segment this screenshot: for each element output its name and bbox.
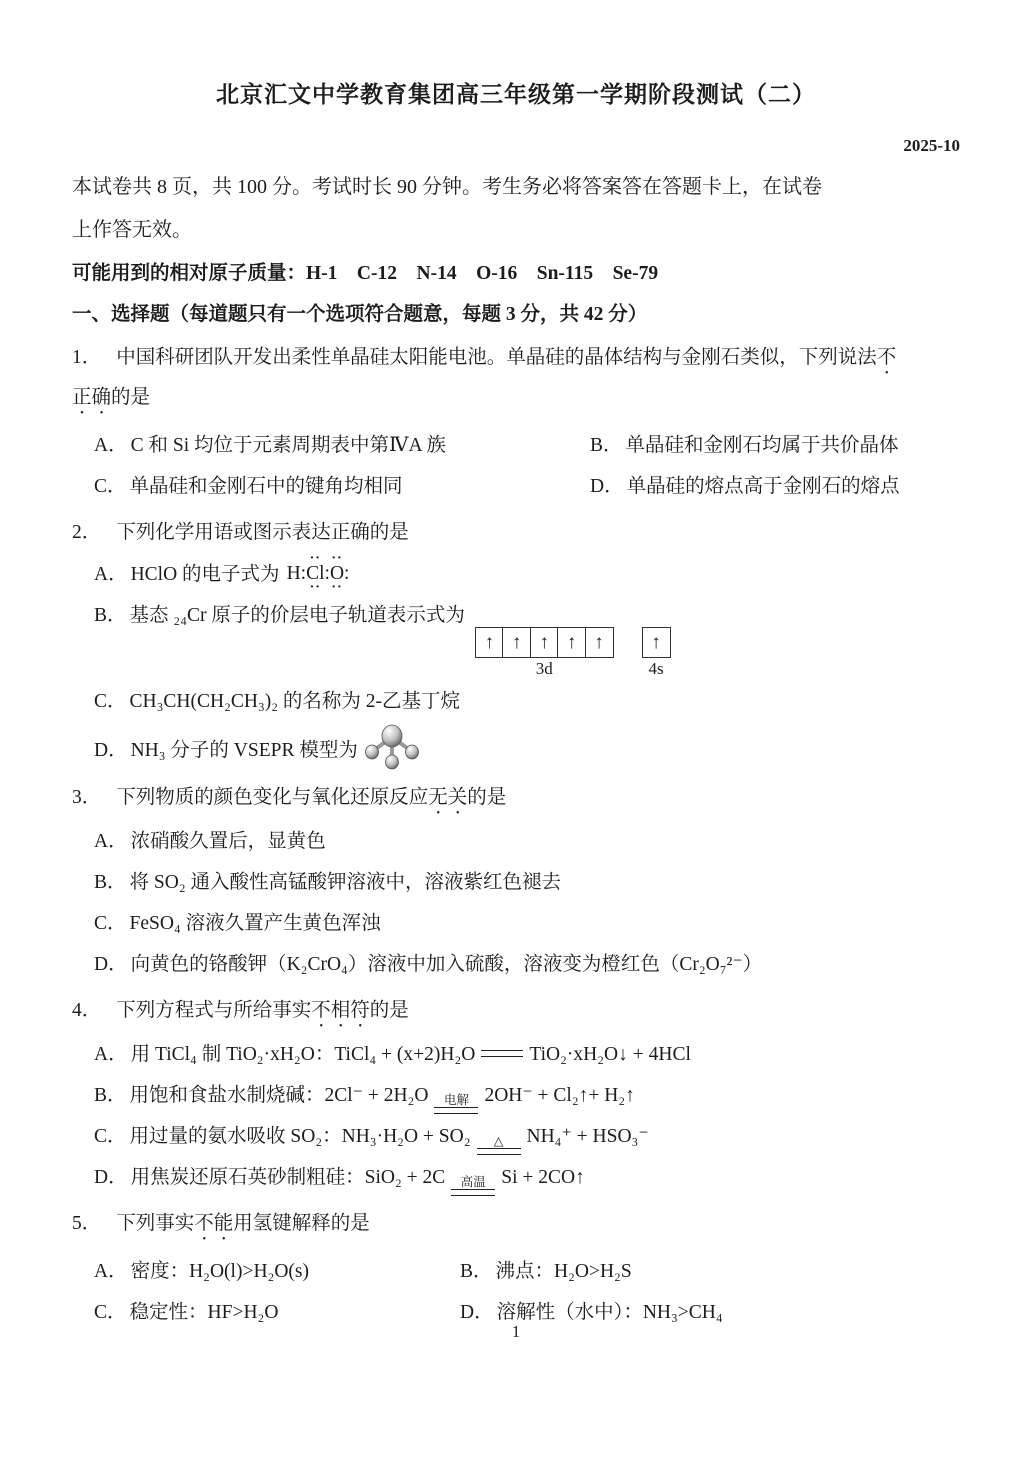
question-stem: 2．下列化学用语或图示表达正确的是 — [72, 514, 960, 551]
question-number: 4． — [72, 1000, 101, 1021]
reaction-condition: △ — [477, 1134, 521, 1155]
option-label: C． — [94, 476, 127, 497]
option-b: B．用饱和食盐水制烧碱：2Cl⁻ + 2H₂O电解2OH⁻ + Cl₂↑+ H₂… — [72, 1077, 960, 1114]
option-b: B．基态 ₂₄Cr 原子的价层电子轨道表示式为↑↑↑↑↑3d↑4s — [72, 597, 960, 679]
option-text: NH₃ 分子的 VSEPR 模型为 — [131, 740, 358, 761]
option-label: B． — [460, 1261, 493, 1282]
question-5: 5．下列事实不能用氢键解释的是 A．密度：H₂O(l)>H₂O(s) B．沸点：… — [72, 1205, 960, 1331]
equation-text: 用焦炭还原石英砂制粗硅：SiO₂ + 2C — [131, 1167, 446, 1188]
equation-text: NH₄⁺ + HSO₃⁻ — [527, 1126, 649, 1147]
option-label: D． — [460, 1302, 494, 1323]
option-label: C． — [94, 913, 127, 934]
question-number: 3． — [72, 787, 101, 808]
question-stem: 3．下列物质的颜色变化与氧化还原反应无关的是 — [72, 779, 960, 819]
orbital-box: ↑ — [557, 627, 586, 658]
option-label: A． — [94, 564, 128, 585]
option-label: D． — [94, 740, 128, 761]
atomic-masses: 可能用到的相对原子质量：H-1 C-12 N-14 O-16 Sn-115 Se… — [72, 259, 960, 289]
reaction-condition: 高温 — [451, 1175, 495, 1196]
option-text: C 和 Si 均位于元素周期表中第ⅣA 族 — [131, 435, 446, 456]
exam-page: 北京汇文中学教育集团高三年级第一学期阶段测试（二） 2025-10 本试卷共 8… — [0, 0, 1032, 1458]
vsepr-model-icon — [364, 724, 420, 770]
option-label: D． — [590, 476, 624, 497]
question-stem: 1．中国科研团队开发出柔性单晶硅太阳能电池。单晶硅的晶体结构与金刚石类似，下列说… — [72, 339, 960, 379]
option-label: A． — [94, 1044, 128, 1065]
option-text: HClO 的电子式为 — [131, 564, 280, 585]
equals-double-line — [451, 1189, 495, 1196]
option-text: 单晶硅和金刚石均属于共价晶体 — [626, 435, 899, 456]
equation-text: Si + 2CO↑ — [501, 1167, 585, 1188]
option-label: A． — [94, 831, 128, 852]
option-a: A．HClO 的电子式为H:··Cl··:··O··: — [72, 555, 960, 593]
lone-pair-dots: ·· — [331, 584, 342, 592]
option-label: B． — [590, 435, 623, 456]
option-text: 稳定性：HF>H₂O — [130, 1302, 279, 1323]
option-text: 浓硝酸久置后，显黄色 — [131, 831, 326, 852]
emphasized-text: 不能 — [194, 1213, 233, 1234]
orbital-sublevel-label: 3d — [536, 659, 553, 679]
equals-double-line — [434, 1107, 478, 1114]
option-d: D．用焦炭还原石英砂制粗硅：SiO₂ + 2C高温Si + 2CO↑ — [72, 1159, 960, 1196]
question-4: 4．下列方程式与所给事实不相符的是 A．用 TiCl₄ 制 TiO₂·xH₂O：… — [72, 992, 960, 1196]
emphasized-text: 不相符 — [311, 1000, 370, 1021]
question-stem: 4．下列方程式与所给事实不相符的是 — [72, 992, 960, 1032]
question-stem: 正确的是 — [72, 379, 960, 419]
lone-pair-dots: ·· — [310, 555, 321, 563]
equals-double-line — [481, 1050, 523, 1057]
orbital-box: ↑ — [530, 627, 559, 658]
section-heading: 一、选择题（每道题只有一个选项符合题意，每题 3 分，共 42 分） — [72, 300, 960, 330]
option-text: CH₃CH(CH₂CH₃)₂ 的名称为 2-乙基丁烷 — [130, 691, 461, 712]
instruction-line: 上作答无效。 — [72, 209, 960, 252]
emphasized-text: 无关 — [428, 787, 467, 808]
option-label: A． — [94, 435, 128, 456]
options-grid: A．C 和 Si 均位于元素周期表中第ⅣA 族 B．单晶硅和金刚石均属于共价晶体… — [72, 423, 960, 505]
option-text: 单晶硅和金刚石中的键角均相同 — [130, 476, 403, 497]
orbital-box: ↑ — [642, 627, 671, 658]
option-d: D．NH₃ 分子的 VSEPR 模型为 — [72, 724, 960, 770]
equals-double-line — [477, 1148, 521, 1155]
option-text: 向黄色的铬酸钾（K₂CrO₄）溶液中加入硫酸，溶液变为橙红色（Cr₂O₇²⁻） — [131, 954, 763, 975]
up-arrow: ↑ — [512, 633, 522, 652]
equation-text: 用 TiCl₄ 制 TiO₂·xH₂O：TiCl₄ + (x+2)H₂O — [131, 1044, 476, 1065]
up-arrow: ↑ — [651, 633, 661, 652]
option-text: 将 SO₂ 通入酸性高锰酸钾溶液中，溶液紫红色褪去 — [130, 872, 561, 893]
question-number: 2． — [72, 522, 101, 543]
option-label: B． — [94, 605, 127, 626]
up-arrow: ↑ — [539, 633, 549, 652]
question-number: 5． — [72, 1213, 101, 1234]
condition-label: △ — [494, 1134, 504, 1148]
option-c: C．FeSO₄ 溶液久置产生黄色浑浊 — [72, 905, 960, 942]
exam-instructions: 本试卷共 8 页，共 100 分。考试时长 90 分钟。考生务必将答案答在答题卡… — [72, 166, 960, 252]
question-3: 3．下列物质的颜色变化与氧化还原反应无关的是 A．浓硝酸久置后，显黄色 B．将 … — [72, 779, 960, 983]
question-2: 2．下列化学用语或图示表达正确的是 A．HClO 的电子式为H:··Cl··:·… — [72, 514, 960, 770]
orbital-diagram: ↑↑↑↑↑3d↑4s — [475, 627, 671, 679]
question-1: 1．中国科研团队开发出柔性单晶硅太阳能电池。单晶硅的晶体结构与金刚石类似，下列说… — [72, 339, 960, 505]
option-text: 密度：H₂O(l)>H₂O(s) — [131, 1261, 309, 1282]
lone-pair-dots: ·· — [310, 584, 321, 592]
exam-title: 北京汇文中学教育集团高三年级第一学期阶段测试（二） — [72, 80, 960, 110]
equation-text: 用饱和食盐水制烧碱：2Cl⁻ + 2H₂O — [130, 1085, 429, 1106]
option-text: FeSO₄ 溶液久置产生黄色浑浊 — [130, 913, 381, 934]
option-a: A．密度：H₂O(l)>H₂O(s) — [94, 1253, 460, 1290]
emphasized-text: 正确 — [72, 387, 111, 408]
option-label: C． — [94, 1126, 127, 1147]
exam-date: 2025-10 — [72, 135, 960, 157]
condition-label: 高温 — [461, 1175, 486, 1189]
orbital-sublevel-label: 4s — [648, 659, 663, 679]
option-text: 沸点：H₂O>H₂S — [496, 1261, 632, 1282]
option-c: C．CH₃CH(CH₂CH₃)₂ 的名称为 2-乙基丁烷 — [72, 683, 960, 720]
option-label: D． — [94, 1167, 128, 1188]
electron-dot-formula: H:··Cl··:··O··: — [287, 555, 350, 592]
orbital-box: ↑ — [475, 627, 504, 658]
option-label: C． — [94, 1302, 127, 1323]
up-arrow: ↑ — [485, 633, 495, 652]
condition-label: 电解 — [444, 1093, 469, 1107]
option-b: B．沸点：H₂O>H₂S — [460, 1253, 960, 1290]
option-a: A．C 和 Si 均位于元素周期表中第ⅣA 族 — [94, 427, 590, 464]
question-stem: 5．下列事实不能用氢键解释的是 — [72, 1205, 960, 1245]
equation-text: TiO₂·xH₂O↓ + 4HCl — [529, 1044, 690, 1065]
equation-text: 用过量的氨水吸收 SO₂：NH₃·H₂O + SO₂ — [130, 1126, 471, 1147]
page-number: 1 — [0, 1322, 1032, 1342]
orbital-box: ↑ — [585, 627, 614, 658]
reaction-condition: 电解 — [434, 1093, 478, 1114]
option-label: B． — [94, 1085, 127, 1106]
option-text: 单晶硅的熔点高于金刚石的熔点 — [627, 476, 900, 497]
option-a: A．用 TiCl₄ 制 TiO₂·xH₂O：TiCl₄ + (x+2)H₂OTi… — [72, 1036, 960, 1073]
up-arrow: ↑ — [594, 633, 604, 652]
option-d: D．单晶硅的熔点高于金刚石的熔点 — [590, 468, 960, 505]
option-b: B．单晶硅和金刚石均属于共价晶体 — [590, 427, 960, 464]
option-label: A． — [94, 1261, 128, 1282]
orbital-box: ↑ — [502, 627, 531, 658]
lone-pair-dots: ·· — [331, 555, 342, 563]
instruction-line: 本试卷共 8 页，共 100 分。考试时长 90 分钟。考生务必将答案答在答题卡… — [72, 166, 960, 209]
option-c: C．单晶硅和金刚石中的键角均相同 — [94, 468, 590, 505]
option-d: D．向黄色的铬酸钾（K₂CrO₄）溶液中加入硫酸，溶液变为橙红色（Cr₂O₇²⁻… — [72, 946, 960, 983]
equation-text: 2OH⁻ + Cl₂↑+ H₂↑ — [484, 1085, 634, 1106]
option-a: A．浓硝酸久置后，显黄色 — [72, 823, 960, 860]
option-label: C． — [94, 691, 127, 712]
option-c: C．用过量的氨水吸收 SO₂：NH₃·H₂O + SO₂△NH₄⁺ + HSO₃… — [72, 1118, 960, 1155]
option-text: 基态 ₂₄Cr 原子的价层电子轨道表示式为 — [130, 605, 465, 626]
option-text: 溶解性（水中）：NH₃>CH₄ — [497, 1302, 723, 1323]
up-arrow: ↑ — [567, 633, 577, 652]
emphasized-text: 不 — [877, 347, 897, 368]
option-b: B．将 SO₂ 通入酸性高锰酸钾溶液中，溶液紫红色褪去 — [72, 864, 960, 901]
option-label: B． — [94, 872, 127, 893]
option-label: D． — [94, 954, 128, 975]
question-number: 1． — [72, 347, 101, 368]
options-grid: A．密度：H₂O(l)>H₂O(s) B．沸点：H₂O>H₂S C．稳定性：HF… — [72, 1249, 960, 1331]
